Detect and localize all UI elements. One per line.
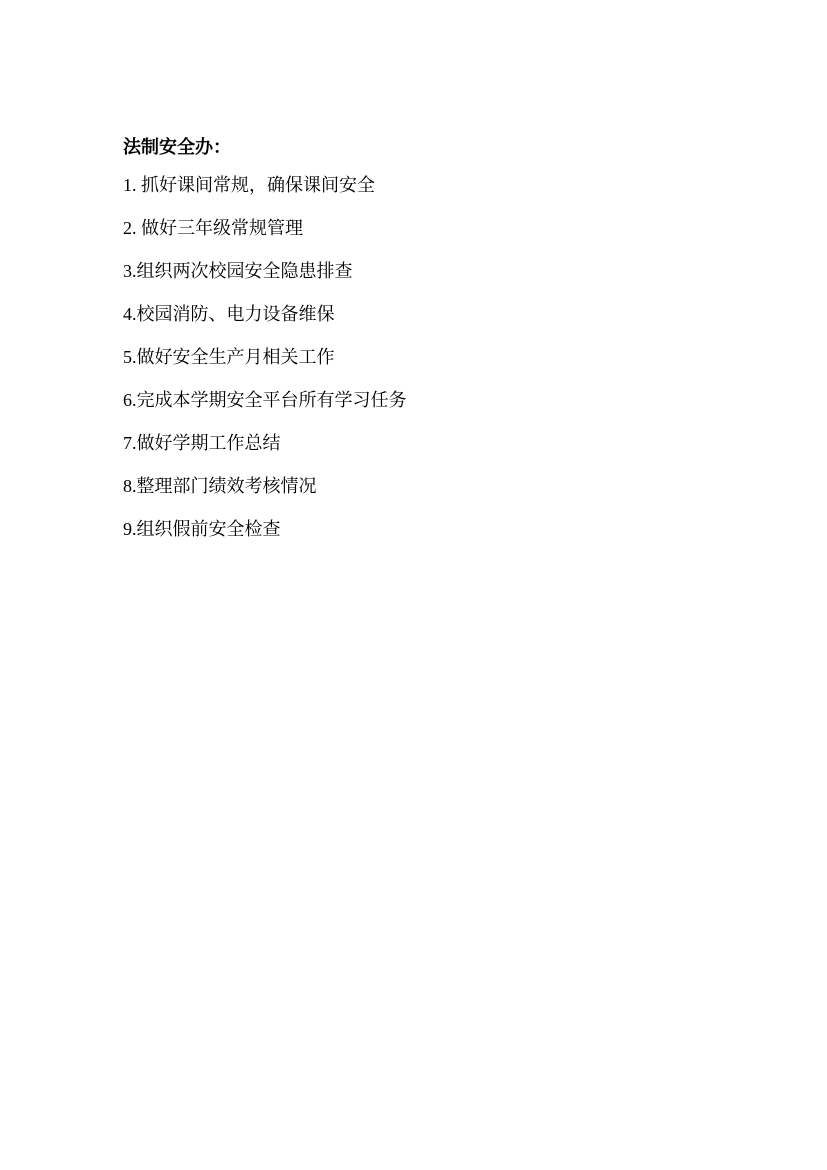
list-item-2: 2. 做好三年级常规管理: [123, 218, 737, 238]
list-item-3: 3.组织两次校园安全隐患排查: [123, 261, 737, 281]
list-item-8: 8.整理部门绩效考核情况: [123, 476, 737, 496]
document-page: 法制安全办： 1. 抓好课间常规，确保课间安全 2. 做好三年级常规管理 3.组…: [0, 0, 827, 1170]
list-item-4: 4.校园消防、电力设备维保: [123, 304, 737, 324]
list-item-6: 6.完成本学期安全平台所有学习任务: [123, 390, 737, 410]
list-item-1: 1. 抓好课间常规，确保课间安全: [123, 175, 737, 195]
document-content: 法制安全办： 1. 抓好课间常规，确保课间安全 2. 做好三年级常规管理 3.组…: [123, 137, 737, 562]
list-item-7: 7.做好学期工作总结: [123, 433, 737, 453]
list-item-9: 9.组织假前安全检查: [123, 519, 737, 539]
list-item-5: 5.做好安全生产月相关工作: [123, 347, 737, 367]
document-title: 法制安全办：: [123, 137, 737, 157]
